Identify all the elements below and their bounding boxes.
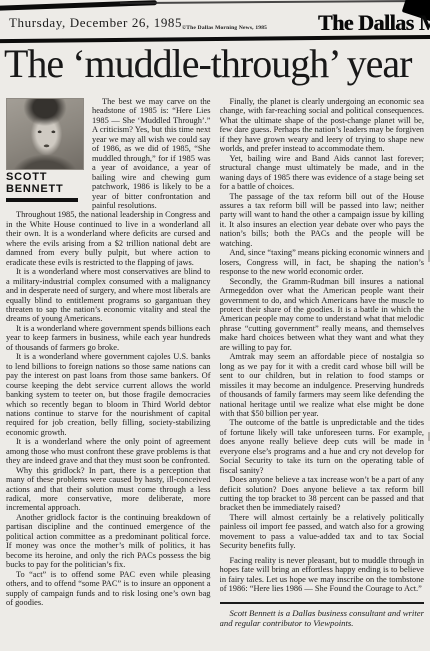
author-bio-footer: Scott Bennett is a Dallas business consu… [220, 602, 425, 629]
article-paragraph: Throughout 1985, the national leadership… [6, 210, 211, 267]
article-paragraph: The outcome of the battle is unpredictab… [220, 418, 425, 475]
article-paragraph: Finally, the planet is clearly undergoin… [220, 97, 425, 154]
author-byline: SCOTT BENNETT [6, 172, 86, 195]
article-paragraph: It is a wonderland where government cajo… [6, 352, 211, 437]
masthead-logo: The Dallas M [318, 10, 430, 36]
byline-rule [6, 198, 78, 202]
article-paragraph: Secondly, the Gramm-Rudman bill insures … [220, 277, 425, 353]
author-first-name: SCOTT [6, 172, 86, 184]
article-paragraph: It is a wonderland where the only point … [6, 437, 211, 465]
article-paragraph: Another gridlock factor is the continuin… [6, 513, 211, 570]
article-paragraph: Why this gridlock? In part, there is a p… [6, 466, 211, 513]
scan-artifact-top-line [120, 0, 430, 4]
author-bio-text: Scott Bennett is a Dallas business consu… [220, 608, 425, 629]
issue-date: Thursday, December 26, 1985 [9, 15, 182, 31]
copyright-line: ©The Dallas Morning News, 1985 [182, 25, 267, 31]
page-title: The ‘muddle-through’ year [4, 42, 428, 86]
author-last-name: BENNETT [6, 184, 86, 196]
article-paragraph: It is a wonderland where most conservati… [6, 267, 211, 324]
newspaper-page: Thursday, December 26, 1985 ©The Dallas … [0, 0, 430, 651]
article-paragraph: Does anyone believe a tax increase won’t… [220, 475, 425, 513]
article-paragraph: The passage of the tax reform bill out o… [220, 192, 425, 249]
article-body: SCOTT BENNETT The best we may carve on t… [6, 97, 424, 648]
article-paragraph: There will almost certainly be a relativ… [220, 513, 425, 551]
author-photo-block: SCOTT BENNETT [6, 98, 86, 202]
article-paragraph: Amtrak may seem an affordable piece of n… [220, 352, 425, 418]
article-paragraph: It is a wonderland where government spen… [6, 324, 211, 352]
right-column: Finally, the planet is clearly undergoin… [220, 97, 425, 648]
article-paragraph: To “act” is to offend some PAC even whil… [6, 570, 211, 608]
left-column: SCOTT BENNETT The best we may carve on t… [6, 97, 211, 648]
article-paragraph: Facing reality is never pleasant, but to… [220, 556, 425, 594]
article-paragraph: Yet, bailing wire and Band Aids cannot l… [220, 154, 425, 192]
article-paragraph: And, since “taxing” means picking econom… [220, 248, 425, 276]
author-photo [6, 98, 84, 170]
